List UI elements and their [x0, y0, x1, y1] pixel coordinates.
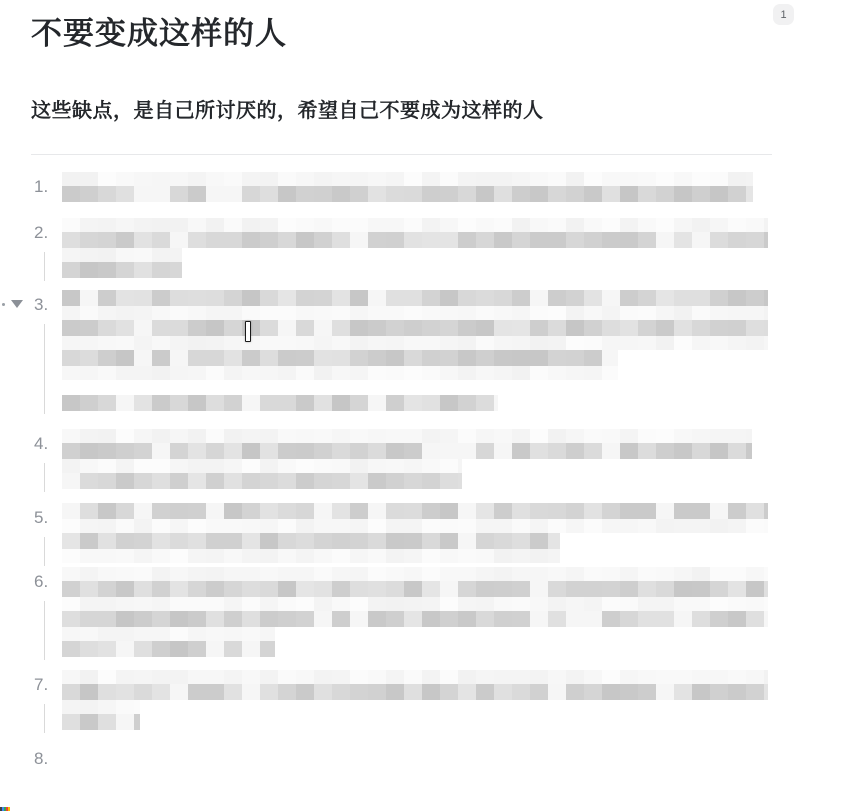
redacted-text-line[interactable]: [62, 627, 275, 657]
block-guide-line: [44, 463, 45, 492]
redacted-band: [62, 549, 560, 563]
block-guide-line: [44, 537, 45, 566]
list-item: 3.: [31, 290, 850, 411]
redacted-band: [62, 350, 618, 366]
dot-icon[interactable]: [2, 303, 5, 306]
list-item-content: [62, 218, 850, 278]
redacted-band: [62, 186, 753, 202]
redacted-band: [62, 218, 768, 232]
list-item-number: 3.: [31, 290, 62, 320]
divider: [31, 154, 772, 155]
redacted-text-line[interactable]: [62, 429, 752, 459]
redacted-band: [62, 627, 275, 641]
list-item-number: 6.: [31, 567, 62, 597]
text-cursor: [245, 321, 251, 342]
redacted-text-line[interactable]: [62, 172, 753, 202]
redacted-band: [62, 395, 498, 411]
list-item: 7.: [31, 670, 850, 730]
redacted-band: [62, 670, 768, 684]
triangle-down-icon[interactable]: [11, 300, 23, 308]
list-item-content: [62, 567, 850, 657]
redacted-band: [62, 380, 498, 395]
redacted-text-line[interactable]: [62, 380, 498, 411]
list-item-number: 2.: [31, 218, 62, 248]
redacted-band: [62, 459, 462, 473]
block-guide-line: [44, 252, 45, 281]
redacted-band: [62, 232, 768, 248]
list-item-content: [62, 290, 850, 411]
redacted-band: [62, 714, 140, 730]
list-item-number: 7.: [31, 670, 62, 700]
list-item-content: [62, 744, 850, 774]
redacted-band: [62, 641, 275, 657]
redacted-band: [62, 611, 768, 627]
block-guide-line: [44, 704, 45, 733]
redacted-text-line[interactable]: [62, 503, 768, 533]
redacted-text-line[interactable]: [62, 670, 768, 700]
redacted-text-line[interactable]: [62, 597, 768, 627]
redacted-band: [62, 262, 182, 278]
redacted-text-line[interactable]: [62, 459, 462, 489]
list-item: 1.: [31, 172, 850, 202]
redacted-text-line[interactable]: [62, 290, 768, 320]
redacted-band: [62, 519, 768, 533]
redacted-band: [62, 248, 182, 262]
redacted-band: [62, 684, 768, 700]
redacted-band: [62, 172, 753, 186]
redacted-band: [62, 533, 560, 549]
list-item-number: 5.: [31, 503, 62, 533]
document-page: 不要变成这样的人 这些缺点，是自己所讨厌的，希望自己不要成为这样的人 1.2.3…: [0, 0, 850, 774]
list-item: 2.: [31, 218, 850, 278]
numbered-list: 1.2.3.4.5.6.7.8.: [31, 172, 850, 774]
list-item-content: [62, 503, 850, 563]
list-item-number: 4.: [31, 429, 62, 459]
block-guide-line: [44, 324, 45, 414]
page-title[interactable]: 不要变成这样的人: [31, 14, 850, 54]
comment-count-badge[interactable]: 1: [773, 4, 794, 25]
redacted-band: [62, 700, 140, 714]
redacted-band: [62, 567, 768, 581]
redacted-band: [62, 336, 768, 350]
redacted-band: [62, 443, 752, 459]
redacted-band: [62, 581, 768, 597]
redacted-text-line[interactable]: [62, 218, 768, 248]
redacted-text-line[interactable]: [62, 567, 768, 597]
list-item-number: 1.: [31, 172, 62, 202]
redacted-band: [62, 290, 768, 306]
list-item: 8.: [31, 744, 850, 774]
redacted-band: [62, 473, 462, 489]
list-item-content: [62, 429, 850, 489]
redacted-band: [62, 429, 752, 443]
redacted-band: [62, 306, 768, 320]
redacted-text-line[interactable]: [62, 320, 768, 350]
corner-pixel-artifact: [0, 807, 10, 811]
list-item: 5.: [31, 503, 850, 563]
list-item-number: 8.: [31, 744, 62, 774]
redacted-text-line[interactable]: [62, 700, 140, 730]
list-item-content: [62, 172, 850, 202]
block-guide-line: [44, 601, 45, 660]
list-item: 4.: [31, 429, 850, 489]
redacted-text-line[interactable]: [62, 533, 560, 563]
redacted-band: [62, 597, 768, 611]
empty-list-line[interactable]: [62, 744, 850, 774]
list-item: 6.: [31, 567, 850, 657]
redacted-band: [62, 366, 618, 380]
redacted-text-line[interactable]: [62, 350, 618, 380]
list-item-content: [62, 670, 850, 730]
redacted-text-line[interactable]: [62, 248, 182, 278]
redacted-band: [62, 503, 768, 519]
redacted-band: [62, 320, 768, 336]
page-subtitle[interactable]: 这些缺点，是自己所讨厌的，希望自己不要成为这样的人: [31, 98, 850, 124]
